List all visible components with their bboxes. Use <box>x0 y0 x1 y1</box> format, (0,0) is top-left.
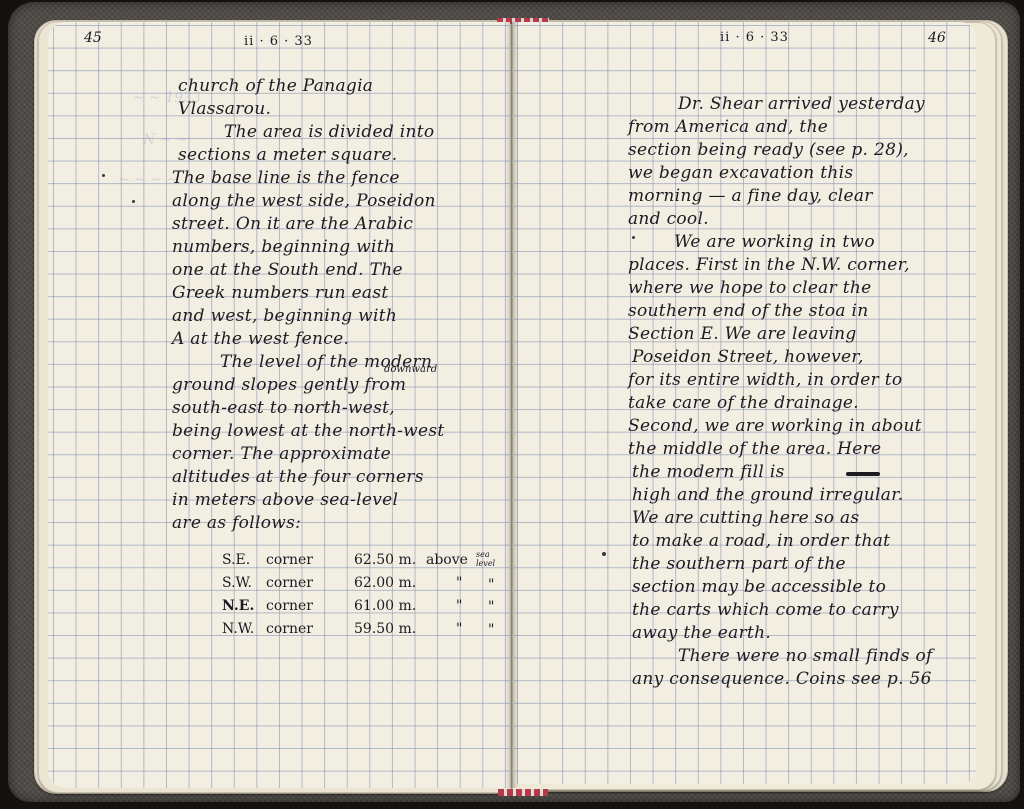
label-cell: corner <box>266 598 313 614</box>
text-line: section being ready (see p. 28), <box>628 140 909 160</box>
label-cell: corner <box>266 552 313 568</box>
left-page: ~ ~ 1933 N ~ ~ ~ ~ ~ ~ 45 ii · 6 · 33 ch… <box>48 22 510 788</box>
page-date: ii · 6 · 33 <box>720 30 789 45</box>
label-cell: corner <box>266 575 313 591</box>
text-line: Greek numbers run east <box>172 283 389 303</box>
altitude-cell: 61.00 m. <box>354 598 416 614</box>
text-line: altitudes at the four corners <box>172 467 424 487</box>
ditto-cell: above <box>426 552 468 568</box>
ditto-cell: " <box>488 622 494 638</box>
text-line: high and the ground irregular. <box>632 485 903 505</box>
text-line: to make a road, in order that <box>632 531 890 551</box>
text-line: are as follows: <box>172 513 301 533</box>
text-line: Vlassarou. <box>178 99 271 119</box>
altitude-cell: 62.00 m. <box>354 575 416 591</box>
corner-cell: S.W. <box>222 575 252 591</box>
text-line: southern end of the stoa in <box>628 301 869 321</box>
text-line: ground slopes gently from <box>172 375 406 395</box>
corner-cell: S.E. <box>222 552 250 568</box>
text-line: away the earth. <box>632 623 771 643</box>
text-line: church of the Panagia <box>178 76 373 96</box>
label-cell: corner <box>266 621 313 637</box>
text-line: and cool. <box>628 209 709 229</box>
text-line: corner. The approximate <box>172 444 391 464</box>
text-line: from America and, the <box>628 117 828 137</box>
bookmark-ribbon-bottom <box>498 789 548 796</box>
altitude-cell: 59.50 m. <box>354 621 416 637</box>
altitude-cell: 62.50 m. <box>354 552 416 568</box>
corner-cell: N.E. <box>222 598 254 614</box>
binding-gutter <box>505 22 519 788</box>
ink-speck <box>102 174 105 177</box>
ditto-cell: " <box>488 577 494 593</box>
text-line: numbers, beginning with <box>172 237 395 257</box>
text-line: the middle of the area. Here <box>628 439 881 459</box>
text-line: along the west side, Poseidon <box>172 191 436 211</box>
text-line: for its entire width, in order to <box>628 370 902 390</box>
text-line: We are working in two <box>674 232 875 252</box>
ditto-cell: " <box>456 621 462 637</box>
ditto-cell: " <box>488 599 494 615</box>
ditto-cell: sea level <box>476 550 506 568</box>
ink-speck <box>132 200 135 203</box>
text-line: Poseidon Street, however, <box>632 347 864 367</box>
text-line: street. On it are the Arabic <box>172 214 413 234</box>
ditto-cell: " <box>456 598 462 614</box>
text-line: the carts which come to carry <box>632 600 899 620</box>
text-line: There were no small finds of <box>678 646 933 666</box>
text-line: The area is divided into <box>224 122 434 142</box>
text-line: Second, we are working in about <box>628 416 922 436</box>
page-number: 46 <box>928 30 946 46</box>
text-line: any consequence. Coins see p. 56 <box>632 669 932 689</box>
bleed-through-text: ~ ~ ~ ~ <box>118 172 178 188</box>
corner-cell: N.W. <box>222 621 254 637</box>
text-line: one at the South end. The <box>172 260 403 280</box>
text-line: in meters above sea-level <box>172 490 398 510</box>
right-page: ii · 6 · 33 46 Dr. Shear arrived yesterd… <box>514 22 976 784</box>
insertion-note: downward <box>384 364 437 375</box>
text-line: Dr. Shear arrived yesterday <box>678 94 925 114</box>
page-date: ii · 6 · 33 <box>244 34 313 49</box>
text-line: morning — a fine day, clear <box>628 186 873 206</box>
text-line: take care of the drainage. <box>628 393 859 413</box>
margin-mark <box>602 552 606 556</box>
text-line: being lowest at the north-west <box>172 421 444 441</box>
struck-out-word <box>846 472 880 476</box>
text-line: we began excavation this <box>628 163 853 183</box>
text-line: A at the west fence. <box>172 329 349 349</box>
ditto-cell: " <box>456 575 462 591</box>
page-number: 45 <box>84 30 102 46</box>
text-line: Section E. We are leaving <box>628 324 857 344</box>
text-line: The base line is the fence <box>172 168 400 188</box>
margin-mark <box>632 236 635 239</box>
text-line: section may be accessible to <box>632 577 886 597</box>
text-line: places. First in the N.W. corner, <box>628 255 910 275</box>
text-line: south-east to north-west, <box>172 398 395 418</box>
text-line: We are cutting here so as <box>632 508 859 528</box>
text-line: where we hope to clear the <box>628 278 872 298</box>
text-line: the modern fill is <box>632 462 785 482</box>
text-line: the southern part of the <box>632 554 846 574</box>
text-line: sections a meter square. <box>178 145 398 165</box>
text-line: and west, beginning with <box>172 306 397 326</box>
